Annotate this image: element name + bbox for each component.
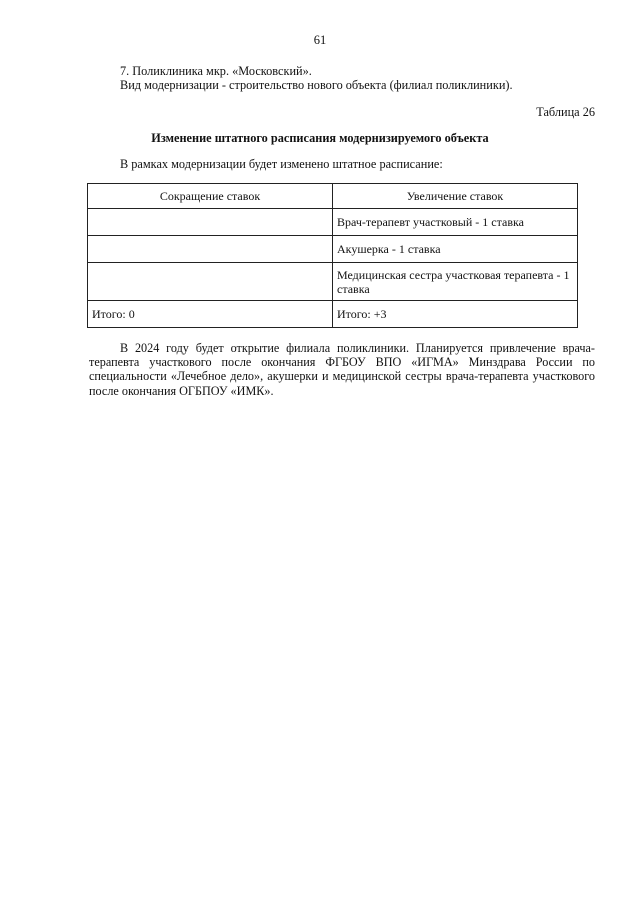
increase-cell: Акушерка - 1 ставка bbox=[333, 236, 578, 263]
paragraph-line: терапевта участкового после окончания ФГ… bbox=[89, 355, 595, 369]
table-row: Врач-терапевт участковый - 1 ставка bbox=[88, 209, 578, 236]
page-number: 61 bbox=[0, 33, 640, 47]
table-label: Таблица 26 bbox=[536, 105, 595, 119]
table-header-row: Сокращение ставок Увеличение ставок bbox=[88, 184, 578, 209]
reduction-total: Итого: 0 bbox=[88, 301, 333, 328]
description-paragraph: В 2024 году будет открытие филиала полик… bbox=[89, 341, 595, 398]
intro-text: В рамках модернизации будет изменено шта… bbox=[120, 157, 443, 171]
reduction-cell bbox=[88, 263, 333, 301]
table-row: Медицинская сестра участковая терапевта … bbox=[88, 263, 578, 301]
table-row: Акушерка - 1 ставка bbox=[88, 236, 578, 263]
staffing-table: Сокращение ставок Увеличение ставок Врач… bbox=[87, 183, 578, 328]
paragraph-line: специальности «Лечебное дело», акушерки … bbox=[89, 369, 595, 383]
table-total-row: Итого: 0 Итого: +3 bbox=[88, 301, 578, 328]
increase-cell: Медицинская сестра участковая терапевта … bbox=[333, 263, 578, 301]
paragraph-line: после окончания ОГБПОУ «ИМК». bbox=[89, 384, 595, 398]
section-heading: 7. Поликлиника мкр. «Московский». bbox=[120, 64, 312, 78]
header-reduction: Сокращение ставок bbox=[88, 184, 333, 209]
increase-total: Итого: +3 bbox=[333, 301, 578, 328]
increase-cell: Врач-терапевт участковый - 1 ставка bbox=[333, 209, 578, 236]
reduction-cell bbox=[88, 236, 333, 263]
paragraph-line: В 2024 году будет открытие филиала полик… bbox=[89, 341, 595, 355]
modernization-type: Вид модернизации - строительство нового … bbox=[120, 78, 513, 92]
header-increase: Увеличение ставок bbox=[333, 184, 578, 209]
reduction-cell bbox=[88, 209, 333, 236]
table-title: Изменение штатного расписания модернизир… bbox=[0, 131, 640, 145]
